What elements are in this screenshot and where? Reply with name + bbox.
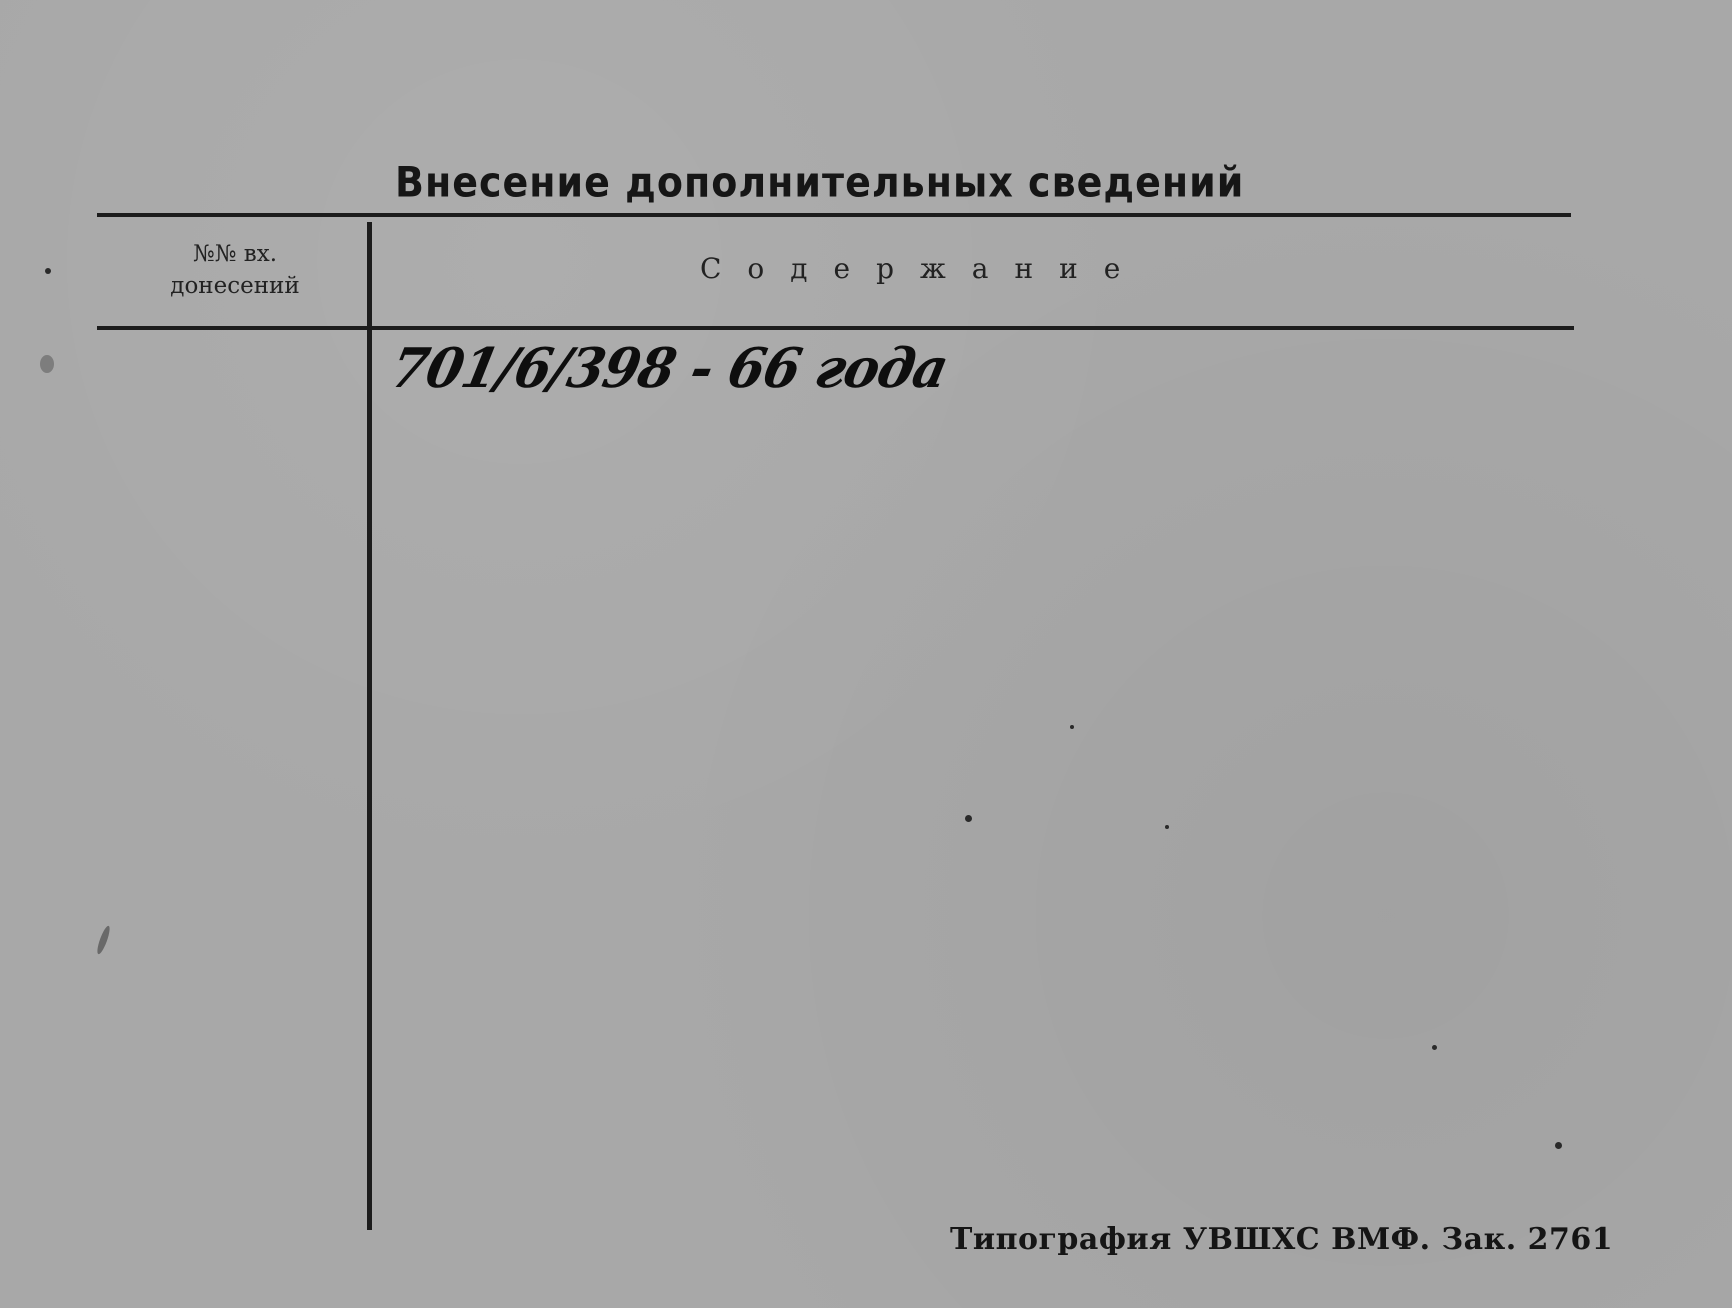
paper-speck [1070, 725, 1074, 729]
printer-imprint: Типография УВШХС ВМФ. Зак. 2761 [950, 1222, 1613, 1257]
column-header-report-numbers: №№ вх. донесений [110, 238, 360, 302]
paper-speck [1555, 1142, 1562, 1149]
column-header-line: донесений [110, 270, 360, 302]
header-bottom-rule [97, 326, 1574, 330]
form-title: Внесение дополнительных сведений [395, 158, 1275, 206]
header-top-rule [97, 213, 1571, 217]
handwritten-entry: 701/6/398 - 66 года [385, 336, 953, 400]
column-divider [367, 222, 372, 1230]
column-header-line: №№ вх. [110, 238, 360, 270]
paper-speck [45, 268, 51, 274]
paper-speck [1165, 825, 1169, 829]
paper-stain [40, 355, 54, 373]
paper-scratch [95, 925, 112, 956]
paper-speck [965, 815, 972, 822]
column-header-content: Содержание [700, 252, 1230, 285]
paper-speck [1432, 1045, 1437, 1050]
